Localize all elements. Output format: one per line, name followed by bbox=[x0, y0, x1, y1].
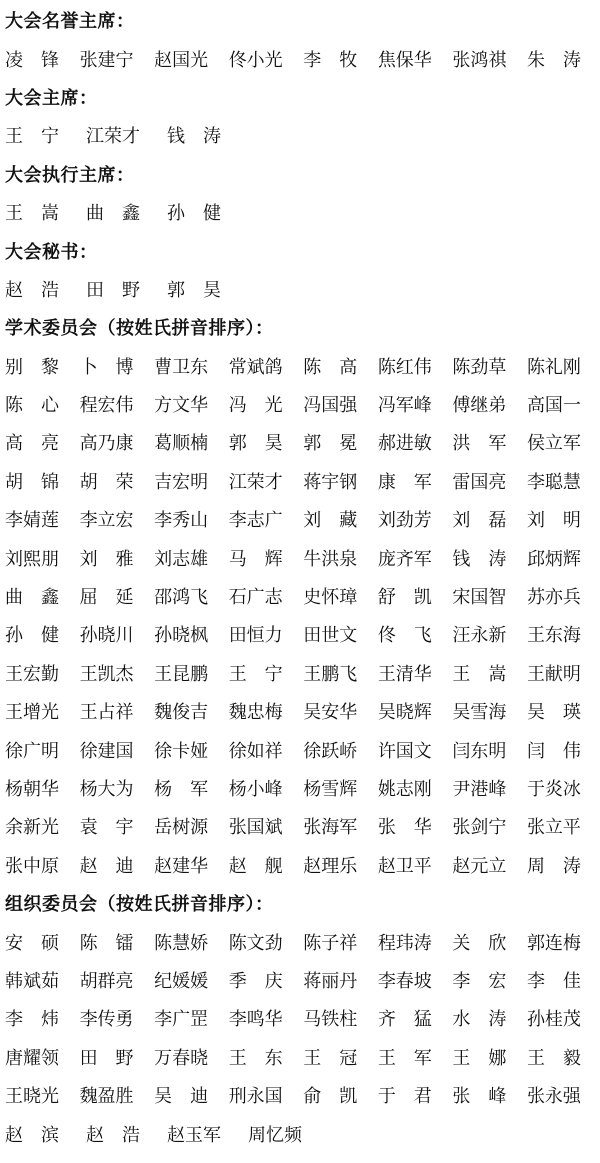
person-name: 屈 延 bbox=[80, 583, 134, 609]
person-name: 王 东 bbox=[229, 1044, 283, 1070]
person-name: 张鸿祺 bbox=[452, 46, 506, 72]
person-name: 田 野 bbox=[86, 276, 140, 302]
person-name: 汪永新 bbox=[452, 621, 506, 647]
person-name: 徐广明 bbox=[5, 737, 59, 763]
person-name: 王清华 bbox=[378, 660, 432, 686]
person-name: 袁 宇 bbox=[80, 813, 134, 839]
name-row: 赵 滨赵 浩赵玉军周忆频 bbox=[5, 1114, 581, 1152]
person-name: 江荣才 bbox=[229, 468, 283, 494]
person-name: 苏亦兵 bbox=[527, 583, 581, 609]
person-name: 张剑宁 bbox=[452, 813, 506, 839]
person-name: 韩斌茹 bbox=[5, 967, 59, 993]
person-name: 焦保华 bbox=[378, 46, 432, 72]
person-name: 徐建国 bbox=[80, 737, 134, 763]
person-name: 李春坡 bbox=[378, 967, 432, 993]
person-name: 赵国光 bbox=[154, 46, 208, 72]
person-name: 胡 锦 bbox=[5, 468, 59, 494]
person-name: 闫 伟 bbox=[527, 737, 581, 763]
person-name: 吉宏明 bbox=[154, 468, 208, 494]
person-name: 刘 磊 bbox=[452, 506, 506, 532]
person-name: 李 牧 bbox=[303, 46, 357, 72]
person-name: 王占祥 bbox=[80, 698, 134, 724]
person-name: 吴 迪 bbox=[154, 1082, 208, 1108]
person-name: 田世文 bbox=[303, 621, 357, 647]
person-name: 郭 昊 bbox=[229, 429, 283, 455]
person-name: 王东海 bbox=[527, 621, 581, 647]
person-name: 葛顺楠 bbox=[154, 429, 208, 455]
person-name: 曲 鑫 bbox=[86, 199, 140, 225]
person-name: 李聪慧 bbox=[527, 468, 581, 494]
person-name: 张立平 bbox=[527, 813, 581, 839]
person-name: 李婧莲 bbox=[5, 506, 59, 532]
person-name: 刘熙朋 bbox=[5, 545, 59, 571]
person-name: 李鸣华 bbox=[229, 1005, 283, 1031]
name-row: 张中原赵 迪赵建华赵 舰赵理乐赵卫平赵元立周 涛 bbox=[5, 846, 581, 884]
person-name: 吴雪海 bbox=[452, 698, 506, 724]
person-name: 佟 飞 bbox=[378, 621, 432, 647]
person-name: 张 峰 bbox=[452, 1082, 506, 1108]
person-name: 李立宏 bbox=[80, 506, 134, 532]
name-row: 刘熙朋刘 雅刘志雄马 辉牛洪泉庞齐军钱 涛邱炳辉 bbox=[5, 538, 581, 576]
person-name: 史怀璋 bbox=[303, 583, 357, 609]
person-name: 石广志 bbox=[229, 583, 283, 609]
person-name: 牛洪泉 bbox=[303, 545, 357, 571]
person-name: 陈 心 bbox=[5, 391, 59, 417]
person-name: 王 毅 bbox=[527, 1044, 581, 1070]
person-name: 郝进敏 bbox=[378, 429, 432, 455]
person-name: 杨 军 bbox=[154, 775, 208, 801]
person-name: 江荣才 bbox=[86, 122, 140, 148]
person-name: 郭连梅 bbox=[527, 929, 581, 955]
person-name: 王 宁 bbox=[5, 122, 59, 148]
person-name: 于炎冰 bbox=[527, 775, 581, 801]
person-name: 高 亮 bbox=[5, 429, 59, 455]
person-name: 洪 军 bbox=[452, 429, 506, 455]
name-row: 余新光袁 宇岳树源张国斌张海军张 华张剑宁张立平 bbox=[5, 807, 581, 845]
person-name: 赵建华 bbox=[154, 852, 208, 878]
name-row: 王宏勤王凯杰王昆鹏王 宁王鹏飞王清华王 嵩王献明 bbox=[5, 654, 581, 692]
person-name: 杨雪辉 bbox=[303, 775, 357, 801]
person-name: 张海军 bbox=[303, 813, 357, 839]
section-title: 大会执行主席： bbox=[5, 155, 581, 193]
person-name: 刘志雄 bbox=[154, 545, 208, 571]
person-name: 魏盈胜 bbox=[80, 1082, 134, 1108]
person-name: 陈文劲 bbox=[229, 929, 283, 955]
person-name: 杨小峰 bbox=[229, 775, 283, 801]
person-name: 曲 鑫 bbox=[5, 583, 59, 609]
person-name: 陈礼刚 bbox=[527, 353, 581, 379]
name-row: 曲 鑫屈 延邵鸿飞石广志史怀璋舒 凯宋国智苏亦兵 bbox=[5, 577, 581, 615]
person-name: 高国一 bbox=[527, 391, 581, 417]
person-name: 张国斌 bbox=[229, 813, 283, 839]
person-name: 王献明 bbox=[527, 660, 581, 686]
person-name: 常斌鸽 bbox=[229, 353, 283, 379]
person-name: 水 涛 bbox=[452, 1005, 506, 1031]
person-name: 舒 凯 bbox=[378, 583, 432, 609]
person-name: 魏俊吉 bbox=[154, 698, 208, 724]
person-name: 蒋宇钢 bbox=[303, 468, 357, 494]
person-name: 孙桂茂 bbox=[527, 1005, 581, 1031]
person-name: 冯国强 bbox=[303, 391, 357, 417]
person-name: 王鹏飞 bbox=[303, 660, 357, 686]
person-name: 张永强 bbox=[527, 1082, 581, 1108]
person-name: 郭 冕 bbox=[303, 429, 357, 455]
person-name: 赵理乐 bbox=[303, 852, 357, 878]
person-name: 李 炜 bbox=[5, 1005, 59, 1031]
name-row: 李 炜李传勇李广罡李鸣华马铁柱齐 猛水 涛孙桂茂 bbox=[5, 999, 581, 1037]
person-name: 李 宏 bbox=[452, 967, 506, 993]
person-name: 唐耀领 bbox=[5, 1044, 59, 1070]
person-name: 赵 浩 bbox=[86, 1121, 140, 1147]
person-name: 赵 迪 bbox=[80, 852, 134, 878]
person-name: 徐卡娅 bbox=[154, 737, 208, 763]
person-name: 吴安华 bbox=[303, 698, 357, 724]
person-name: 赵 舰 bbox=[229, 852, 283, 878]
person-name: 孙 健 bbox=[5, 621, 59, 647]
person-name: 尹港峰 bbox=[452, 775, 506, 801]
person-name: 邵鸿飞 bbox=[154, 583, 208, 609]
person-name: 许国文 bbox=[378, 737, 432, 763]
person-name: 张中原 bbox=[5, 852, 59, 878]
section-title: 组织委员会（按姓氏拼音排序）： bbox=[5, 884, 581, 922]
person-name: 雷国亮 bbox=[452, 468, 506, 494]
person-name: 邱炳辉 bbox=[527, 545, 581, 571]
person-name: 王 宁 bbox=[229, 660, 283, 686]
person-name: 王 嵩 bbox=[5, 199, 59, 225]
person-name: 程宏伟 bbox=[80, 391, 134, 417]
person-name: 陈劲草 bbox=[452, 353, 506, 379]
section-title: 大会主席： bbox=[5, 78, 581, 116]
name-row: 王 宁江荣才钱 涛 bbox=[5, 116, 581, 154]
name-row: 李婧莲李立宏李秀山李志广刘 藏刘劲芳刘 磊刘 明 bbox=[5, 500, 581, 538]
person-name: 钱 涛 bbox=[167, 122, 221, 148]
person-name: 赵 浩 bbox=[5, 276, 59, 302]
person-name: 于 君 bbox=[378, 1082, 432, 1108]
person-name: 王晓光 bbox=[5, 1082, 59, 1108]
person-name: 孙 健 bbox=[167, 199, 221, 225]
person-name: 周忆频 bbox=[248, 1121, 302, 1147]
person-name: 李广罡 bbox=[154, 1005, 208, 1031]
person-name: 卜 博 bbox=[80, 353, 134, 379]
person-name: 魏忠梅 bbox=[229, 698, 283, 724]
person-name: 赵 滨 bbox=[5, 1121, 59, 1147]
section-title: 大会名誉主席： bbox=[5, 1, 581, 39]
person-name: 刑永国 bbox=[229, 1082, 283, 1108]
person-name: 王 军 bbox=[378, 1044, 432, 1070]
person-name: 刘劲芳 bbox=[378, 506, 432, 532]
name-row: 赵 浩田 野郭 昊 bbox=[5, 270, 581, 308]
name-row: 韩斌茹胡群亮纪媛媛季 庆蒋丽丹李春坡李 宏李 佳 bbox=[5, 961, 581, 999]
person-name: 陈 镭 bbox=[80, 929, 134, 955]
person-name: 曹卫东 bbox=[154, 353, 208, 379]
person-name: 张 华 bbox=[378, 813, 432, 839]
person-name: 方文华 bbox=[154, 391, 208, 417]
name-row: 胡 锦胡 荣吉宏明江荣才蒋宇钢康 军雷国亮李聪慧 bbox=[5, 462, 581, 500]
name-row: 王增光王占祥魏俊吉魏忠梅吴安华吴晓辉吴雪海吴 瑛 bbox=[5, 692, 581, 730]
person-name: 康 军 bbox=[378, 468, 432, 494]
person-name: 胡 荣 bbox=[80, 468, 134, 494]
person-name: 傅继弟 bbox=[452, 391, 506, 417]
person-name: 王凯杰 bbox=[80, 660, 134, 686]
person-name: 胡群亮 bbox=[80, 967, 134, 993]
person-name: 吴晓辉 bbox=[378, 698, 432, 724]
person-name: 陈红伟 bbox=[378, 353, 432, 379]
person-name: 刘 雅 bbox=[80, 545, 134, 571]
name-row: 别 黎卜 博曹卫东常斌鸽陈 高陈红伟陈劲草陈礼刚 bbox=[5, 347, 581, 385]
person-name: 姚志刚 bbox=[378, 775, 432, 801]
committee-document: 大会名誉主席：凌 锋张建宁赵国光佟小光李 牧焦保华张鸿祺朱 涛大会主席：王 宁江… bbox=[0, 0, 600, 1153]
person-name: 杨大为 bbox=[80, 775, 134, 801]
person-name: 别 黎 bbox=[5, 353, 59, 379]
person-name: 高乃康 bbox=[80, 429, 134, 455]
person-name: 孙晓枫 bbox=[154, 621, 208, 647]
person-name: 王 嵩 bbox=[452, 660, 506, 686]
person-name: 郭 昊 bbox=[167, 276, 221, 302]
person-name: 岳树源 bbox=[154, 813, 208, 839]
person-name: 李 佳 bbox=[527, 967, 581, 993]
person-name: 俞 凯 bbox=[303, 1082, 357, 1108]
person-name: 侯立军 bbox=[527, 429, 581, 455]
person-name: 程玮涛 bbox=[378, 929, 432, 955]
name-row: 王晓光魏盈胜吴 迪刑永国俞 凯于 君张 峰张永强 bbox=[5, 1076, 581, 1114]
person-name: 陈慧娇 bbox=[154, 929, 208, 955]
person-name: 王 娜 bbox=[452, 1044, 506, 1070]
person-name: 孙晓川 bbox=[80, 621, 134, 647]
person-name: 杨朝华 bbox=[5, 775, 59, 801]
name-row: 高 亮高乃康葛顺楠郭 昊郭 冕郝进敏洪 军侯立军 bbox=[5, 423, 581, 461]
name-row: 孙 健孙晓川孙晓枫田恒力田世文佟 飞汪永新王东海 bbox=[5, 615, 581, 653]
person-name: 王增光 bbox=[5, 698, 59, 724]
person-name: 徐如祥 bbox=[229, 737, 283, 763]
person-name: 吴 瑛 bbox=[527, 698, 581, 724]
person-name: 李传勇 bbox=[80, 1005, 134, 1031]
person-name: 冯军峰 bbox=[378, 391, 432, 417]
person-name: 钱 涛 bbox=[452, 545, 506, 571]
person-name: 凌 锋 bbox=[5, 46, 59, 72]
person-name: 安 硕 bbox=[5, 929, 59, 955]
person-name: 赵元立 bbox=[452, 852, 506, 878]
person-name: 万春晓 bbox=[154, 1044, 208, 1070]
name-row: 陈 心程宏伟方文华冯 光冯国强冯军峰傅继弟高国一 bbox=[5, 385, 581, 423]
person-name: 季 庆 bbox=[229, 967, 283, 993]
person-name: 徐跃峤 bbox=[303, 737, 357, 763]
person-name: 刘 明 bbox=[527, 506, 581, 532]
name-row: 凌 锋张建宁赵国光佟小光李 牧焦保华张鸿祺朱 涛 bbox=[5, 39, 581, 77]
person-name: 纪媛媛 bbox=[154, 967, 208, 993]
person-name: 余新光 bbox=[5, 813, 59, 839]
person-name: 马铁柱 bbox=[303, 1005, 357, 1031]
person-name: 田 野 bbox=[80, 1044, 134, 1070]
person-name: 田恒力 bbox=[229, 621, 283, 647]
person-name: 王 冠 bbox=[303, 1044, 357, 1070]
person-name: 关 欣 bbox=[452, 929, 506, 955]
name-row: 唐耀领田 野万春晓王 东王 冠王 军王 娜王 毅 bbox=[5, 1038, 581, 1076]
person-name: 陈 高 bbox=[303, 353, 357, 379]
person-name: 赵玉军 bbox=[167, 1121, 221, 1147]
person-name: 李秀山 bbox=[154, 506, 208, 532]
person-name: 王昆鹏 bbox=[154, 660, 208, 686]
person-name: 闫东明 bbox=[452, 737, 506, 763]
person-name: 庞齐军 bbox=[378, 545, 432, 571]
person-name: 齐 猛 bbox=[378, 1005, 432, 1031]
person-name: 王宏勤 bbox=[5, 660, 59, 686]
name-row: 王 嵩曲 鑫孙 健 bbox=[5, 193, 581, 231]
person-name: 冯 光 bbox=[229, 391, 283, 417]
person-name: 佟小光 bbox=[229, 46, 283, 72]
section-title: 大会秘书： bbox=[5, 231, 581, 269]
name-row: 杨朝华杨大为杨 军杨小峰杨雪辉姚志刚尹港峰于炎冰 bbox=[5, 769, 581, 807]
person-name: 宋国智 bbox=[452, 583, 506, 609]
person-name: 赵卫平 bbox=[378, 852, 432, 878]
person-name: 张建宁 bbox=[80, 46, 134, 72]
section-title: 学术委员会（按姓氏拼音排序）： bbox=[5, 308, 581, 346]
name-row: 安 硕陈 镭陈慧娇陈文劲陈子祥程玮涛关 欣郭连梅 bbox=[5, 922, 581, 960]
person-name: 朱 涛 bbox=[527, 46, 581, 72]
person-name: 刘 藏 bbox=[303, 506, 357, 532]
name-row: 徐广明徐建国徐卡娅徐如祥徐跃峤许国文闫东明闫 伟 bbox=[5, 730, 581, 768]
person-name: 陈子祥 bbox=[303, 929, 357, 955]
person-name: 周 涛 bbox=[527, 852, 581, 878]
person-name: 马 辉 bbox=[229, 545, 283, 571]
person-name: 蒋丽丹 bbox=[303, 967, 357, 993]
person-name: 李志广 bbox=[229, 506, 283, 532]
